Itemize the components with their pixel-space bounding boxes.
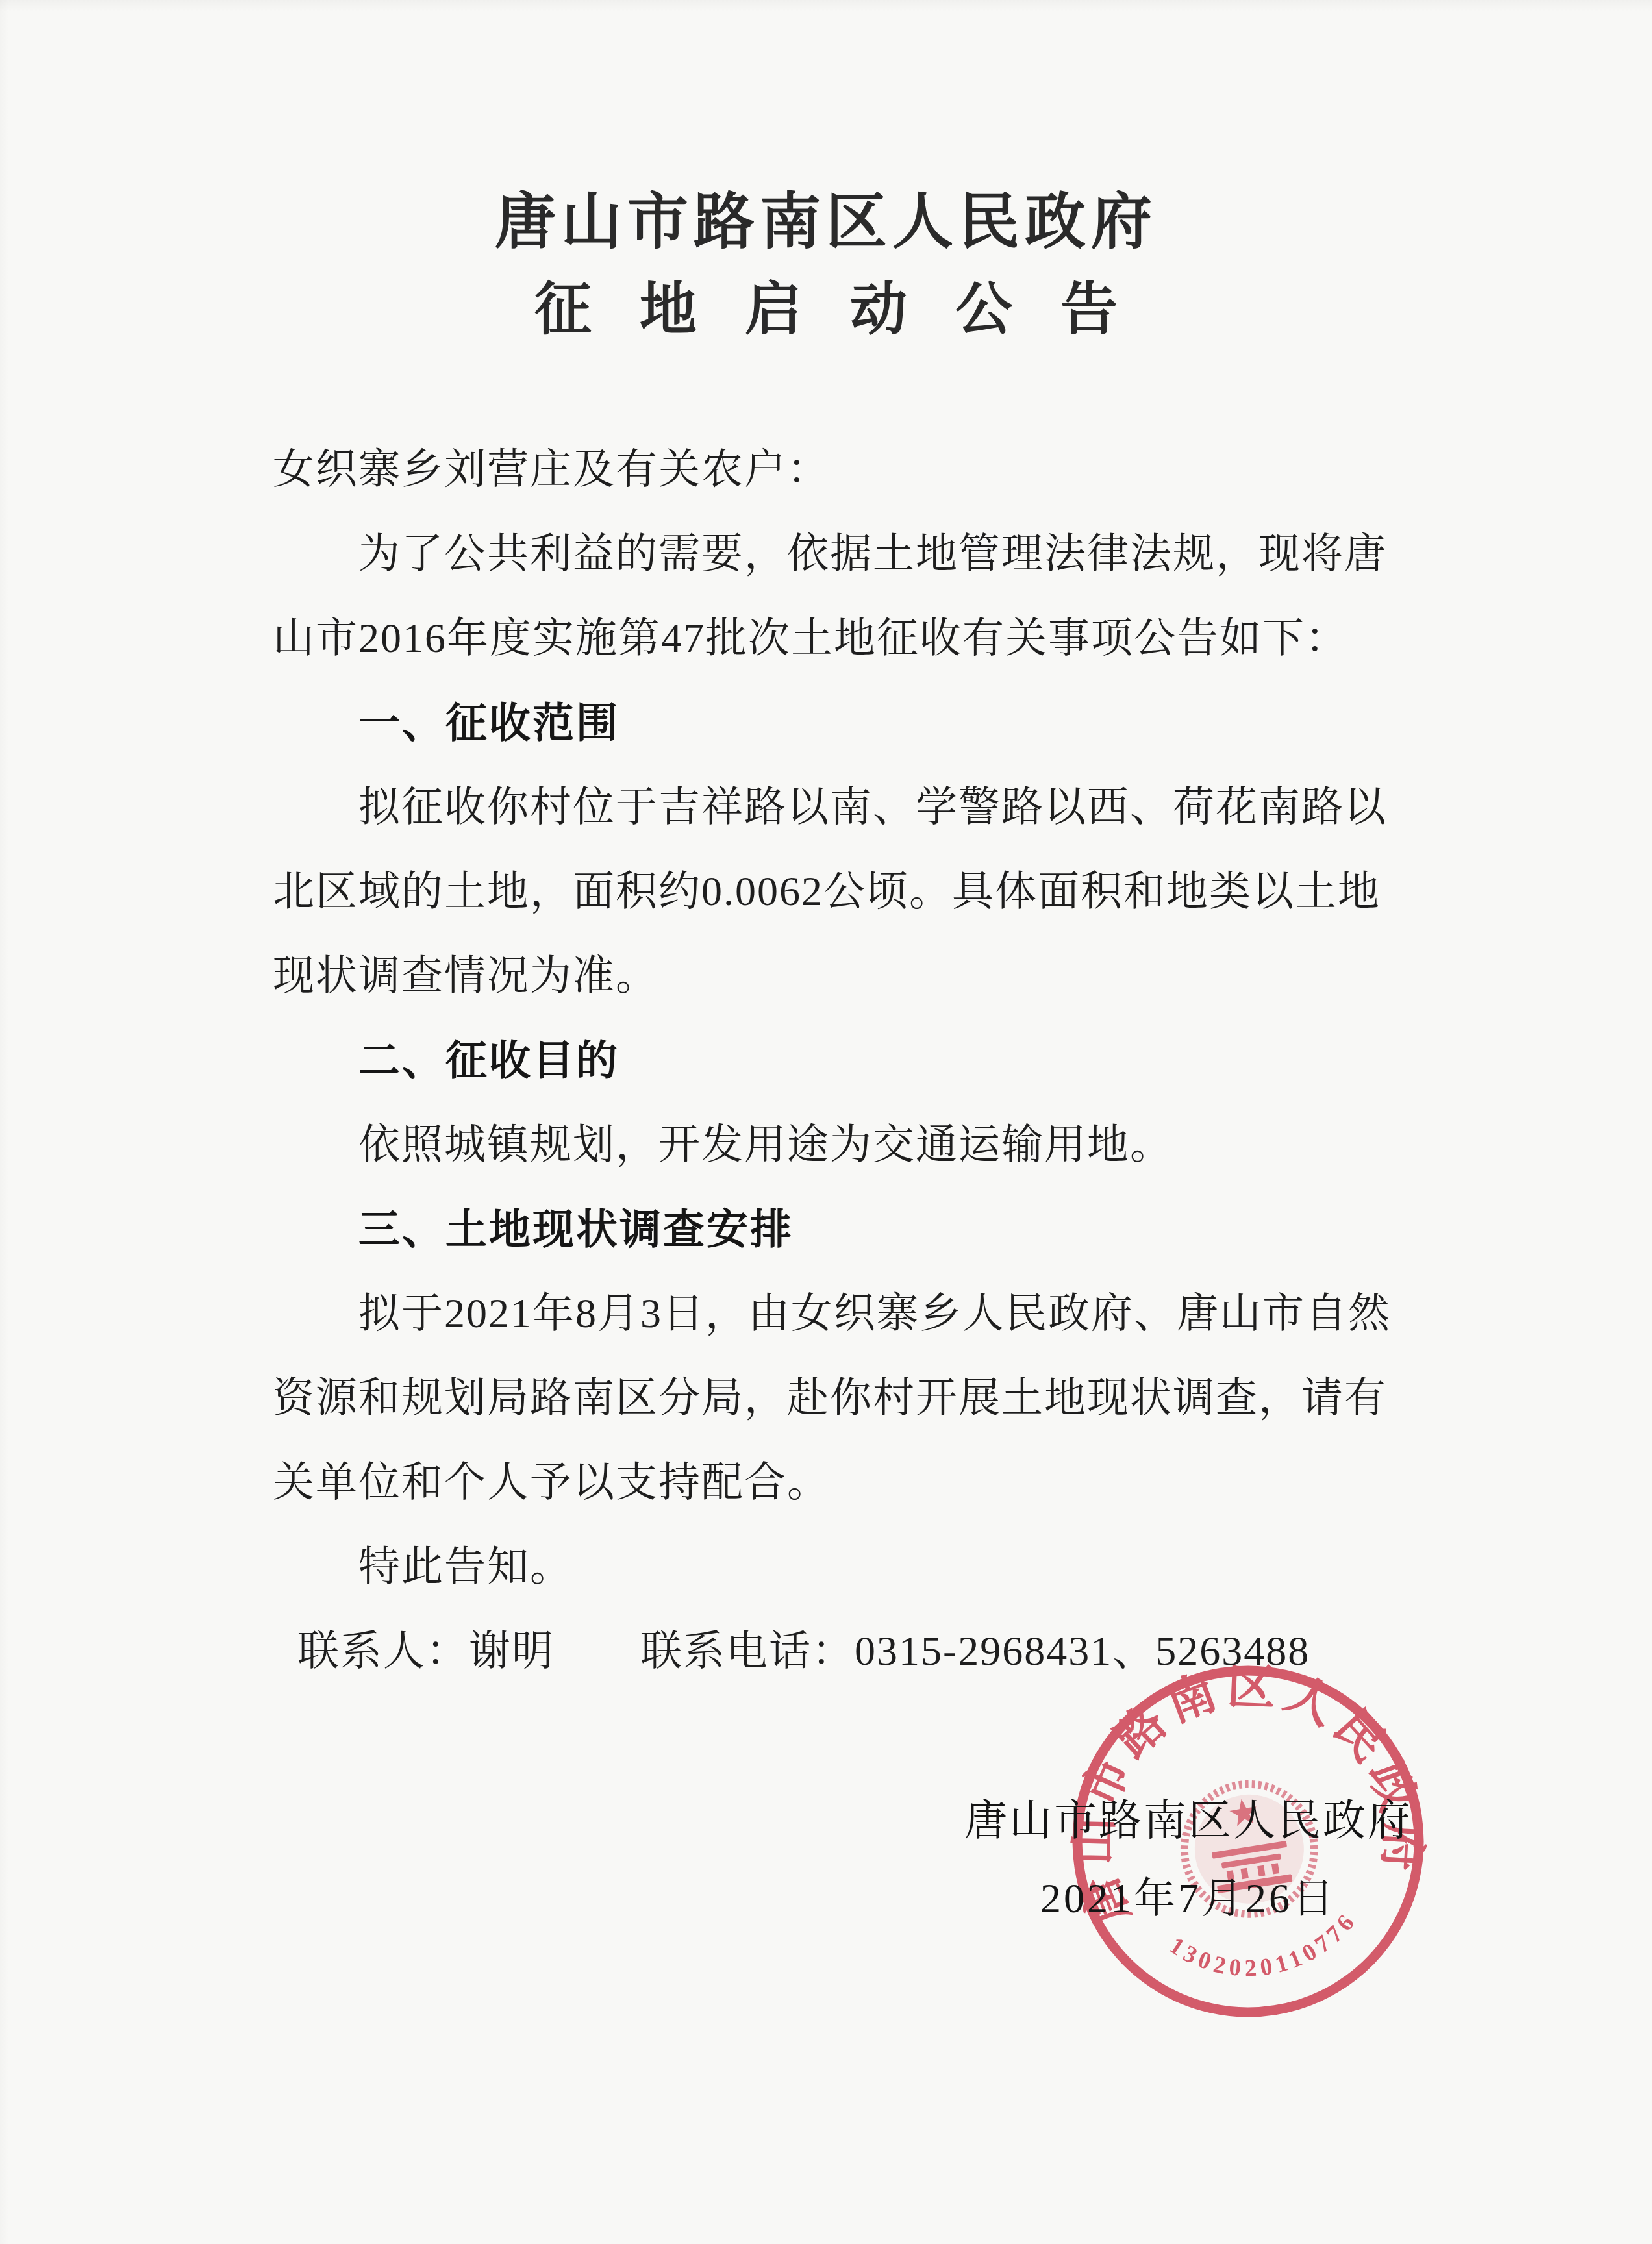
closing-line: 特此告知。	[273, 1525, 1416, 1609]
body-line: 拟征收你村位于吉祥路以南、学警路以西、荷花南路以	[273, 765, 1416, 849]
body-line: 关单位和个人予以支持配合。	[273, 1440, 1416, 1525]
body-line: 现状调查情况为准。	[273, 934, 1416, 1018]
body-line: 为了公共利益的需要，依据土地管理法律法规，现将唐	[273, 512, 1416, 596]
document-body: 女织寨乡刘营庄及有关农户： 为了公共利益的需要，依据土地管理法律法规，现将唐 山…	[273, 427, 1416, 1693]
body-line: 北区域的土地，面积约0.0062公顷。具体面积和地类以土地	[273, 849, 1416, 934]
body-line: 山市2016年度实施第47批次土地征收有关事项公告如下：	[273, 596, 1416, 680]
document-title: 唐山市路南区人民政府 征 地 启 动 公 告	[0, 187, 1652, 344]
signature-date: 2021年7月26日	[935, 1865, 1442, 1925]
body-line: 拟于2021年8月3日，由女织寨乡人民政府、唐山市自然	[273, 1271, 1416, 1356]
section-heading-1: 一、征收范围	[273, 680, 1416, 765]
title-line-announcement: 征 地 启 动 公 告	[0, 277, 1652, 344]
scanned-document-page: 唐山市路南区人民政府 征 地 启 动 公 告 女织寨乡刘营庄及有关农户： 为了公…	[0, 0, 1652, 2244]
signature-authority: 唐山市路南区人民政府	[935, 1786, 1442, 1847]
title-line-authority: 唐山市路南区人民政府	[0, 187, 1652, 258]
contact-line: 联系人：谢明 联系电话：0315-2968431、5263488	[273, 1609, 1416, 1693]
salutation-line: 女织寨乡刘营庄及有关农户：	[273, 427, 1416, 512]
section-heading-2: 二、征收目的	[273, 1018, 1416, 1103]
body-line: 资源和规划局路南区分局，赴你村开展土地现状调查，请有	[273, 1356, 1416, 1440]
section-heading-3: 三、土地现状调查安排	[273, 1187, 1416, 1271]
body-line: 依照城镇规划，开发用途为交通运输用地。	[273, 1103, 1416, 1187]
